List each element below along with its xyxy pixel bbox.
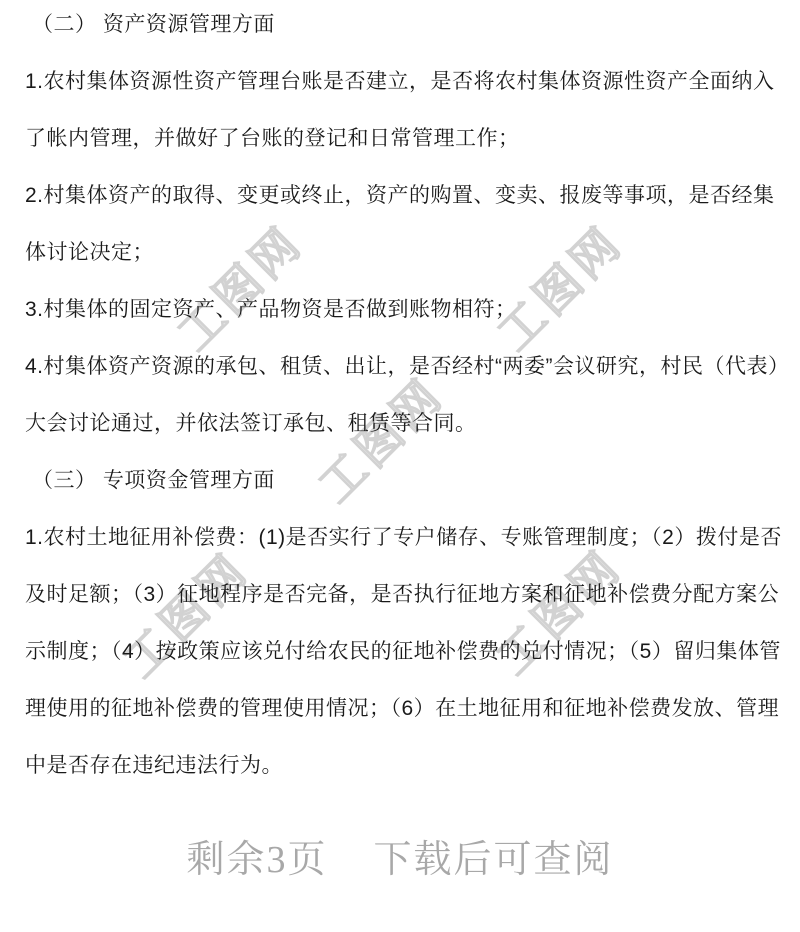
document-preview-page: （二） 资产资源管理方面 1.农村集体资源性资产管理台账是否建立，是否将农村集体…: [0, 0, 800, 932]
doc-line: 1.农村集体资源性资产管理台账是否建立，是否将农村集体资源性资产全面纳入: [25, 53, 772, 110]
doc-line: 体讨论决定；: [25, 224, 772, 281]
doc-line: 了帐内管理，并做好了台账的登记和日常管理工作；: [25, 110, 772, 167]
section-heading-asset-management: （二） 资产资源管理方面: [25, 0, 772, 53]
section-heading-special-funds: （三） 专项资金管理方面: [25, 452, 772, 509]
doc-line: 3.村集体的固定资产、产品物资是否做到账物相符；: [25, 281, 772, 338]
doc-line: 中是否存在违纪违法行为。: [25, 737, 772, 794]
doc-line: 大会讨论通过，并依法签订承包、租赁等合同。: [25, 395, 772, 452]
doc-line: 4.村集体资产资源的承包、租赁、出让，是否经村“两委”会议研究，村民（代表）: [25, 338, 772, 395]
doc-line: 1.农村土地征用补偿费：(1)是否实行了专户储存、专账管理制度；（2）拨付是否: [25, 509, 772, 566]
doc-line: 及时足额；（3）征地程序是否完备，是否执行征地方案和征地补偿费分配方案公: [25, 566, 772, 623]
document-body: （二） 资产资源管理方面 1.农村集体资源性资产管理台账是否建立，是否将农村集体…: [0, 0, 800, 794]
download-hint-label: 下载后可查阅: [374, 839, 614, 881]
doc-line: 2.村集体资产的取得、变更或终止，资产的购置、变卖、报废等事项，是否经集: [25, 167, 772, 224]
preview-footer: 剩余3页下载后可查阅: [0, 828, 800, 883]
pages-remaining-label: 剩余3页: [186, 839, 327, 881]
doc-line: 理使用的征地补偿费的管理使用情况；（6）在土地征用和征地补偿费发放、管理: [25, 680, 772, 737]
doc-line: 示制度；（4）按政策应该兑付给农民的征地补偿费的兑付情况；（5）留归集体管: [25, 623, 772, 680]
